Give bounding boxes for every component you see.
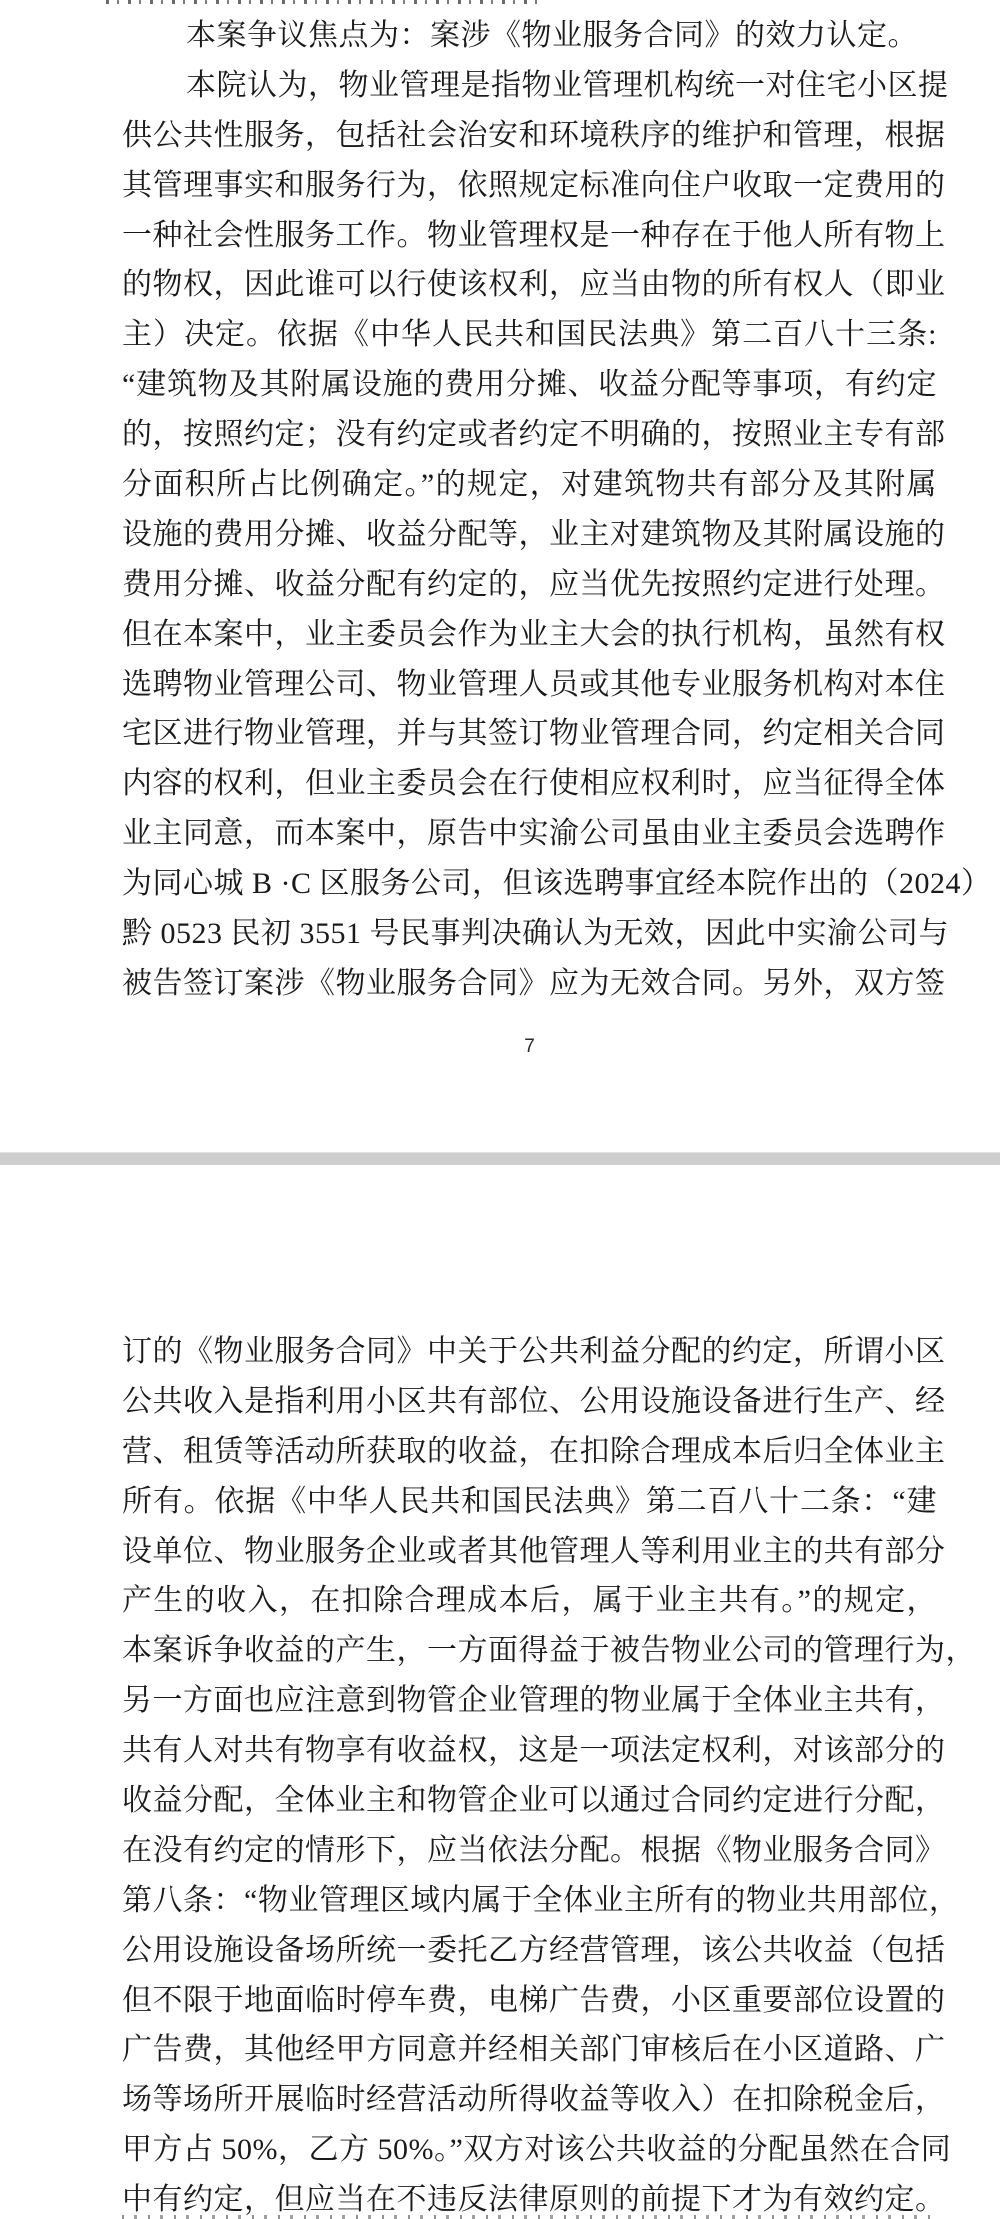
text-line: 本院认为，物业管理是指物业管理机构统一对住宅小区提 [122,61,937,111]
text-line: 为同心城 B ·C 区服务公司，但该选聘事宜经本院作出的（2024） [122,859,937,909]
text-line: 黔 0523 民初 3551 号民事判决确认为无效，因此中实渝公司与 [122,909,937,959]
text-line: 广告费，其他经甲方同意并经相关部门审核后在小区道路、广 [122,2025,937,2075]
text-line: “建筑物及其附属设施的费用分摊、收益分配等事项，有约定 [122,360,937,410]
text-line: 但在本案中，业主委员会作为业主大会的执行机构，虽然有权 [122,610,937,660]
text-line: 共有人对共有物享有收益权，这是一项法定权利，对该部分的 [122,1726,937,1776]
text-line: 所有。依据《中华人民共和国民法典》第二百八十二条：“建 [122,1477,937,1527]
text-line: 内容的权利，但业主委员会在行使相应权利时，应当征得全体 [122,759,937,809]
text-line: 被告签订案涉《物业服务合同》应为无效合同。另外，双方签 [122,959,937,1009]
text-line: 选聘物业管理公司、物业管理人员或其他专业服务机构对本住 [122,660,937,710]
text-line: 场等场所开展临时经营活动所得收益等收入）在扣除税金后， [122,2075,937,2125]
text-line: 收益分配，全体业主和物管企业可以通过合同约定进行分配， [122,1776,937,1826]
text-line: 第八条：“物业管理区域内属于全体业主所有的物业共用部位， [122,1876,937,1926]
text-line: 本案争议焦点为：案涉《物业服务合同》的效力认定。 [122,11,937,61]
text-line: 但不限于地面临时停车费，电梯广告费，小区重要部位设置的 [122,1976,937,2026]
clipped-text-fragment-top [106,0,538,4]
clipped-text-fragment-bottom [122,2215,934,2219]
text-line: 业主同意，而本案中，原告中实渝公司虽由业主委员会选聘作 [122,809,937,859]
text-line: 设施的费用分摊、收益分配等，业主对建筑物及其附属设施的 [122,510,937,560]
text-line: 在没有约定的情形下，应当依法分配。根据《物业服务合同》 [122,1826,937,1876]
text-line: 主）决定。依据《中华人民共和国民法典》第二百八十三条: [122,310,937,360]
text-line: 一种社会性服务工作。物业管理权是一种存在于他人所有物上 [122,211,937,261]
document-viewer: 本案争议焦点为：案涉《物业服务合同》的效力认定。 本院认为，物业管理是指物业管理… [0,0,1000,2219]
text-line: 另一方面也应注意到物管企业管理的物业属于全体业主共有， [122,1676,937,1726]
text-line: 的物权，因此谁可以行使该权利，应当由物的所有权人（即业 [122,260,937,310]
text-line: 订的《物业服务合同》中关于公共利益分配的约定，所谓小区 [122,1327,937,1377]
text-line: 宅区进行物业管理，并与其签订物业管理合同，约定相关合同 [122,709,937,759]
page-8-text-block: 订的《物业服务合同》中关于公共利益分配的约定，所谓小区 公共收入是指利用小区共有… [122,1327,937,2219]
text-line: 甲方占 50%，乙方 50%。”双方对该公共收益的分配虽然在合同 [122,2125,937,2175]
text-line: 中有约定，但应当在不违反法律原则的前提下才为有效约定。 [122,2175,937,2219]
page-number: 7 [122,1036,937,1058]
text-line: 营、租赁等活动所获取的收益，在扣除合理成本后归全体业主 [122,1427,937,1477]
text-line: 本案诉争收益的产生，一方面得益于被告物业公司的管理行为， [122,1626,937,1676]
page-7-text-block: 本案争议焦点为：案涉《物业服务合同》的效力认定。 本院认为，物业管理是指物业管理… [122,11,937,1009]
text-line: 产生的收入，在扣除合理成本后，属于业主共有。”的规定， [122,1576,937,1626]
text-line: 公用设施设备场所统一委托乙方经营管理，该公共收益（包括 [122,1926,937,1976]
text-line: 其管理事实和服务行为，依照规定标准向住户收取一定费用的 [122,161,937,211]
page-separator [0,1152,1000,1165]
text-line: 设单位、物业服务企业或者其他管理人等利用业主的共有部分 [122,1527,937,1577]
text-line: 公共收入是指利用小区共有部位、公用设施设备进行生产、经 [122,1377,937,1427]
text-line: 分面积所占比例确定。”的规定，对建筑物共有部分及其附属 [122,460,937,510]
text-line: 费用分摊、收益分配有约定的，应当优先按照约定进行处理。 [122,560,937,610]
text-line: 的，按照约定；没有约定或者约定不明确的，按照业主专有部 [122,410,937,460]
text-line: 供公共性服务，包括社会治安和环境秩序的维护和管理，根据 [122,111,937,161]
